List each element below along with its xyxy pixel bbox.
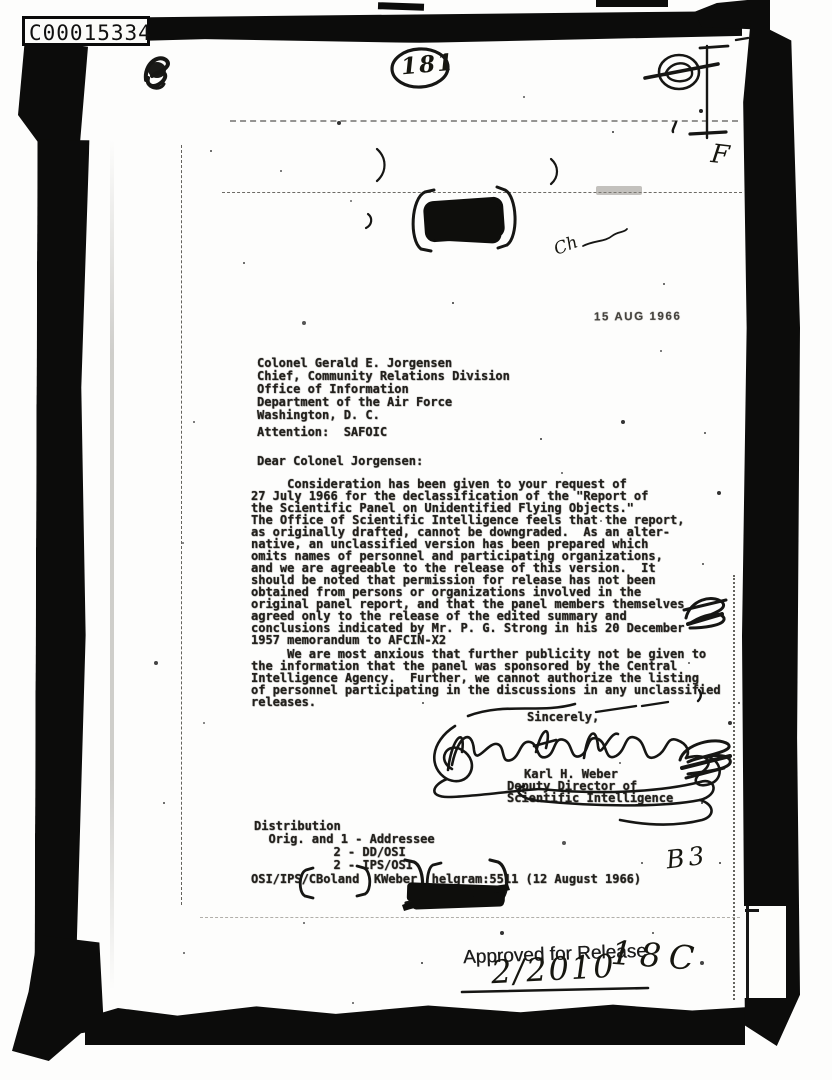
file-mark-handwritten: F [709,139,731,171]
document-id: C00015334 [22,16,150,46]
release-date-handwritten: 2/2010 [490,947,616,991]
photocopy-border-right [742,20,800,1046]
scanned-document-page: 15 AUG 1966 Colonel Gerald E. Jorgensen … [0,0,832,1080]
notch-line [746,906,749,998]
margin-code-b3: B3 [664,841,710,875]
release-code-handwritten: 18C [610,933,704,978]
photocopy-edge-dash [596,0,668,7]
page-number-handwritten: 181 [400,49,456,81]
handwriting-layer: 181 F Ch B3 2/2010 18C [0,0,832,1080]
notch-tick [745,909,759,912]
border-white-notch [744,906,786,998]
routing-note-handwritten: Ch [551,232,581,259]
